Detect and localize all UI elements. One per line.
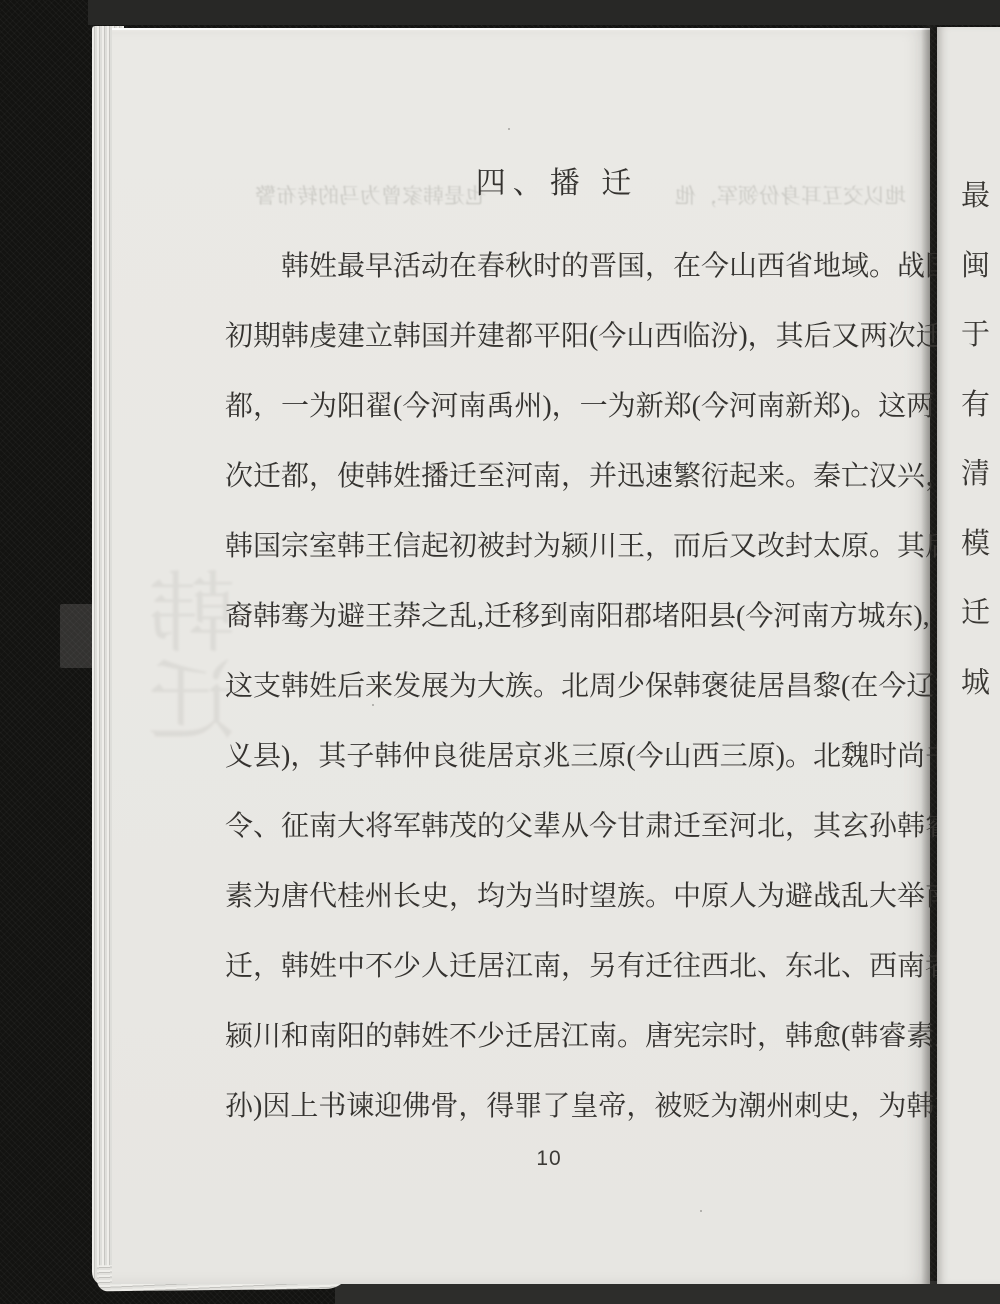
body-line: 都，一为阳翟(今河南禹州)，一为新郑(今河南新郑)。这两 [225, 372, 905, 442]
facing-page-text-column: 最 闽 于 有 清 模 迁 城 [961, 182, 1000, 738]
facing-page-char: 清 [961, 460, 1000, 489]
scan-bottom-band [335, 1281, 1000, 1304]
facing-page-char: 最 [961, 182, 1000, 211]
facing-page-char: 有 [961, 391, 1000, 420]
dust-speck [508, 128, 510, 130]
body-line: 颍川和南阳的韩姓不少迁居江南。唐宪宗时，韩愈(韩睿素之 [225, 1002, 905, 1072]
body-line: 孙)因上书谏迎佛骨，得罪了皇帝，被贬为潮州刺史，为韩姓 [225, 1072, 905, 1142]
body-line: 这支韩姓后来发展为大族。北周少保韩褒徒居昌黎(在今辽宁 [225, 652, 905, 722]
section-title: 四、播 迁 [225, 167, 889, 201]
spine-watermark-mark [60, 604, 94, 668]
body-line: 韩国宗室韩王信起初被封为颍川王，而后又改封太原。其后 [225, 512, 905, 582]
body-line: 次迁都，使韩姓播迁至河南，并迅速繁衍起来。秦亡汉兴， [225, 442, 905, 512]
page-number: 10 [225, 1148, 873, 1170]
body-line: 素为唐代桂州长史，均为当时望族。中原人为避战乱大举南 [225, 862, 905, 932]
facing-page-char: 模 [961, 530, 1000, 559]
body-line: 义县)，其子韩仲良徙居京兆三原(今山西三原)。北魏时尚书 [225, 722, 905, 792]
book-scan: { "document": { "title": "四、播 迁", "lines… [0, 0, 1000, 1304]
body-line: 裔韩骞为避王莽之乱,迁移到南阳郡堵阳县(今河南方城东), [225, 582, 905, 652]
body-line: 令、征南大将军韩茂的父辈从今甘肃迁至河北，其玄孙韩睿 [225, 792, 905, 862]
body-line: 迁，韩姓中不少人迁居江南，另有迁往西北、东北、西南者, [225, 932, 905, 1002]
body-line: 初期韩虔建立韩国并建都平阳(今山西临汾)，其后又两次迁 [225, 302, 905, 372]
facing-page-char: 于 [961, 321, 1000, 350]
body-line: 韩姓最早活动在春秋时的晋国，在今山西省地域。战国 [225, 232, 905, 302]
facing-page-char: 城 [961, 669, 1000, 698]
body-text: 韩姓最早活动在春秋时的晋国，在今山西省地域。战国 初期韩虔建立韩国并建都平阳(今… [225, 232, 905, 1142]
facing-page-char: 迁 [961, 599, 1000, 628]
scan-top-band [88, 0, 1000, 25]
dust-speck [700, 1210, 702, 1212]
dust-speck [372, 704, 374, 706]
facing-page-char: 闽 [961, 252, 1000, 281]
